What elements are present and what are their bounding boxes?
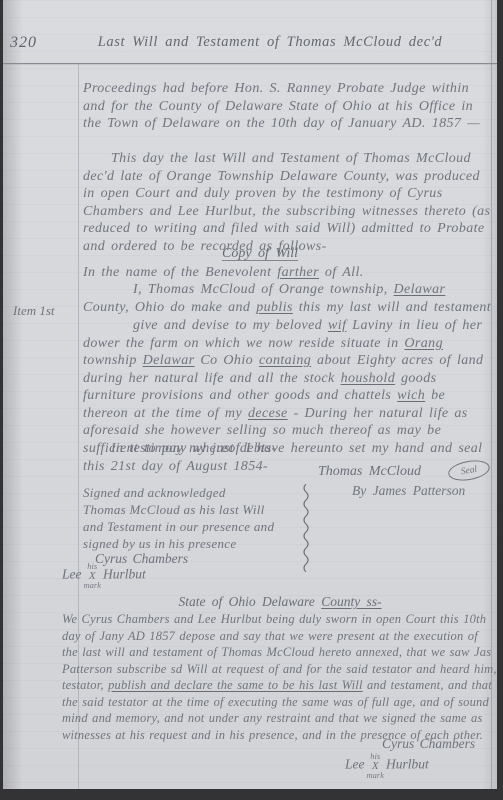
text-segment: give and devise to my beloved	[133, 318, 328, 333]
underlined-word: Orang	[404, 336, 443, 351]
probate-paragraph: This day the last Will and Testament of …	[83, 150, 492, 255]
page-number: 320	[10, 34, 37, 52]
underlined-word: wich	[397, 388, 425, 403]
signed-by-line: By James Patterson	[352, 483, 465, 499]
underlined-phrase: publish and declare the same to be his l…	[108, 678, 363, 692]
affidavit-heading: State of Ohio Delaware County ss-	[110, 594, 450, 610]
witness-lee-last: Hurlbut	[103, 567, 146, 582]
attestation-block: Signed and acknowledged Thomas McCloud a…	[83, 484, 303, 552]
copy-of-will-heading: Copy of Will	[150, 246, 370, 262]
underlined-word: Delawar	[143, 353, 195, 368]
testator-signature: Thomas McCloud	[318, 464, 421, 480]
underlined-word: containg	[259, 353, 311, 368]
his-mark-stack: hisXmark	[367, 752, 384, 779]
affidavit-signature-cyrus: Cyrus Chambers	[382, 736, 475, 752]
underlined-word: decese	[248, 406, 288, 421]
underlined-word: farther	[277, 265, 319, 280]
witness-lee-first: Lee	[62, 567, 82, 582]
text-segment: Co Ohio	[194, 353, 258, 368]
witness-lee-first: Lee	[345, 757, 365, 772]
proceedings-paragraph: Proceedings had before Hon. S. Ranney Pr…	[83, 80, 492, 133]
attestation-line: signed by us in his presence	[83, 535, 303, 552]
witness-lee-last: Hurlbut	[386, 757, 429, 772]
text-segment: County, Ohio do make and	[83, 300, 256, 315]
testimonium-paragraph: In testimony whereof I have hereunto set…	[83, 440, 494, 475]
mark-label: mark	[367, 771, 384, 780]
affidavit-signature-lee: LeehisXmarkHurlbut	[345, 752, 429, 779]
attestation-line: Thomas McCloud as his last Will	[83, 501, 303, 518]
his-mark-stack: hisXmark	[84, 562, 101, 589]
underlined-word: wif	[328, 318, 346, 333]
item-one-paragraph: give and devise to my beloved wif Laviny…	[83, 317, 494, 457]
text-segment: of All.	[319, 265, 364, 280]
margin-note-item1: Item 1st	[13, 303, 55, 319]
text-segment: township	[83, 353, 143, 368]
attestation-line: Signed and acknowledged	[83, 484, 303, 501]
text-segment: In the name of the Benevolent	[83, 265, 277, 280]
text-segment: State of Ohio Delaware	[178, 594, 321, 609]
text-segment: I, Thomas McCloud of Orange township,	[133, 282, 394, 297]
attestation-line: and Testament in our presence and	[83, 518, 303, 535]
scanned-document: 320 Last Will and Testament of Thomas Mc…	[0, 0, 503, 800]
witness-signature-lee: LeehisXmarkHurlbut	[62, 562, 146, 589]
underlined-phrase: County ss-	[321, 594, 381, 609]
underlined-word: houshold	[341, 371, 396, 386]
text-segment: this my last will and testament	[293, 300, 491, 315]
underlined-word: publis	[256, 300, 293, 315]
will-opening: I, Thomas McCloud of Orange township, De…	[83, 281, 494, 316]
invocation-line: In the name of the Benevolent farther of…	[83, 264, 493, 282]
mark-label: mark	[84, 581, 101, 590]
underlined-word: Delawar	[394, 282, 446, 297]
page-title: Last Will and Testament of Thomas McClou…	[90, 34, 450, 51]
affidavit-paragraph: We Cyrus Chambers and Lee Hurlbut being …	[62, 611, 497, 743]
attestation-brace	[301, 484, 311, 572]
